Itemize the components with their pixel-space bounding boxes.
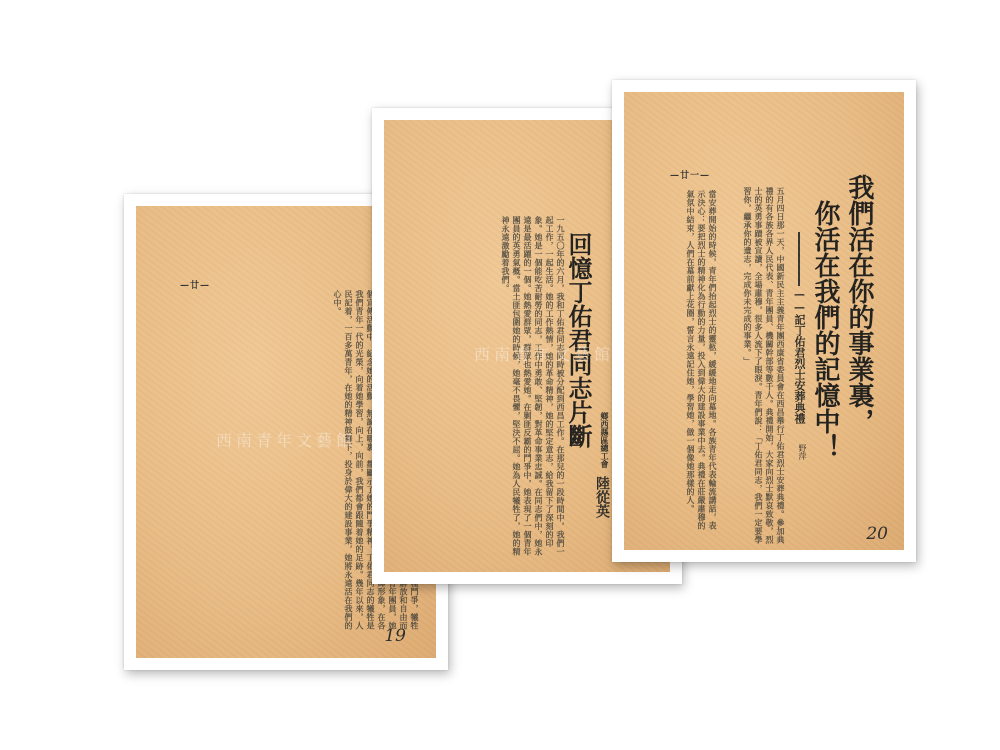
article-title-line-1: 我們活在你的事業裏， <box>844 174 874 444</box>
printed-page-number: —廿一— <box>670 168 710 181</box>
body-text-lower: 當安葬開始的時候，青年們抬起烈士的靈柩，緩緩地走向墓地。各族青年代表輪流講話，表… <box>630 190 718 535</box>
handwritten-page-number: 19 <box>384 626 406 646</box>
page-frame-right: —廿一— 我們活在你的事業裏， 你活在我們的記憶中！ ——記丁佑君烈士安葬典禮 … <box>612 80 916 562</box>
paper-page-right: —廿一— 我們活在你的事業裏， 你活在我們的記憶中！ ——記丁佑君烈士安葬典禮 … <box>624 92 904 550</box>
author-unit: 鄉西縣區總工會 <box>599 412 610 472</box>
body-text: 一九五〇年的六月，我和丁佑君同志同時被分配到西昌工作。在那兒的一段時間中，我們一… <box>406 216 566 556</box>
article-title-line-2: 你活在我們的記憶中！ <box>810 200 840 480</box>
author-name: 陸從英 <box>592 476 612 518</box>
watermark: 西南青年文藝館 <box>216 428 356 451</box>
body-text-upper: 五月四日那一天，中國新民主主義青年團西康省委員會在西昌舉行丁佑君烈士安葬典禮。參… <box>726 187 786 547</box>
watermark: 西南青年文藝館 <box>474 342 614 365</box>
author-name: 野萍 <box>797 444 808 460</box>
handwritten-page-number: 20 <box>866 524 888 544</box>
subtitle-dash <box>798 232 800 286</box>
